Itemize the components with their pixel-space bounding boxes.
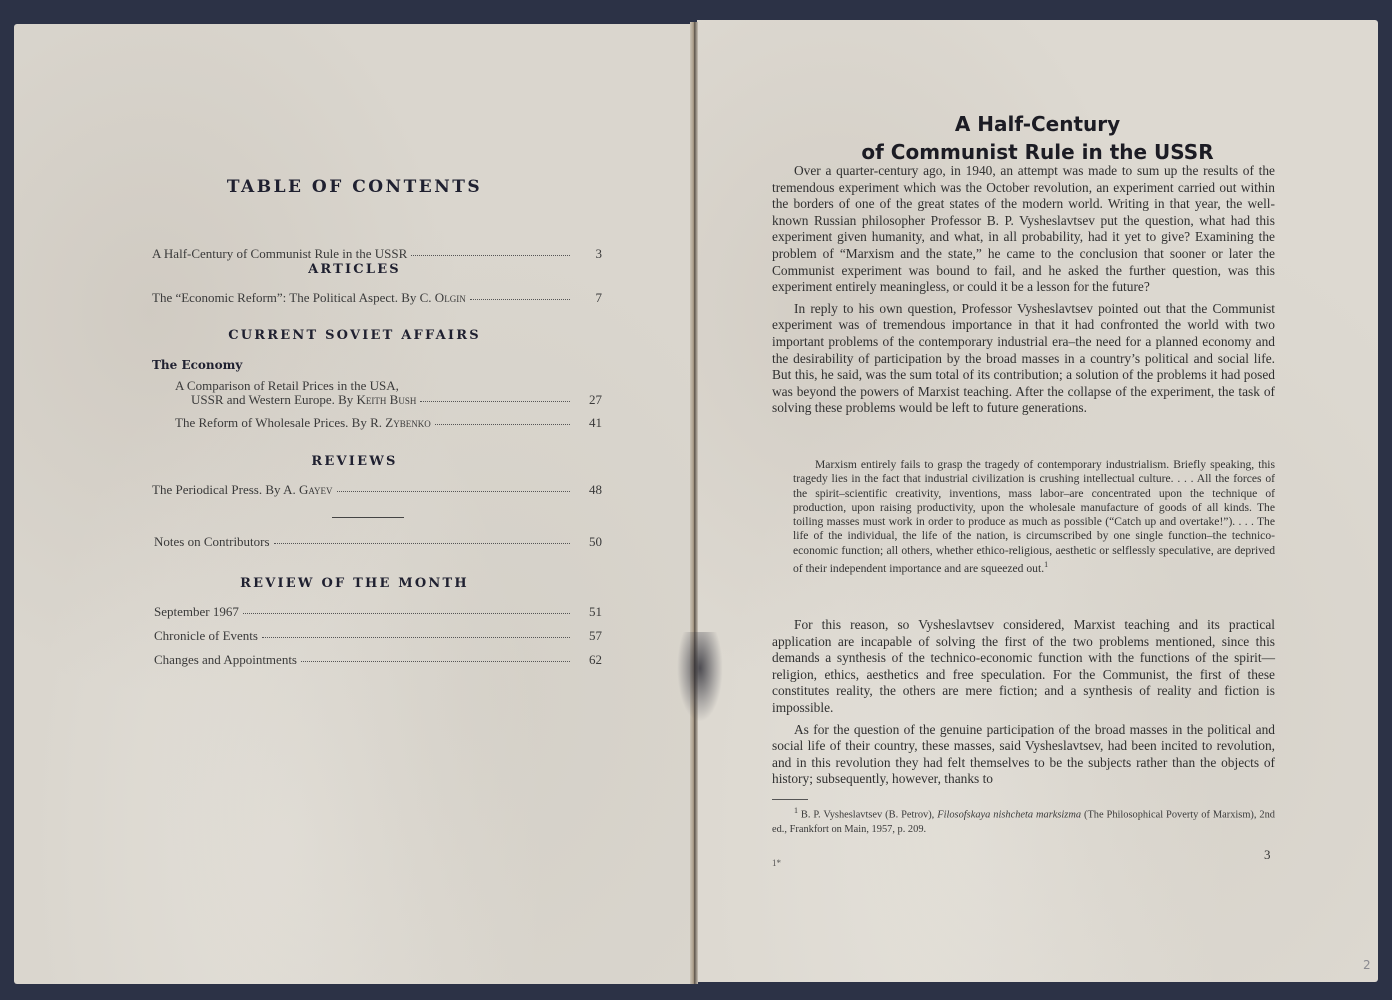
toc-entry[interactable]: The Periodical Press. By A. Gayev 48: [152, 482, 602, 498]
leader-dots: [420, 401, 570, 402]
toc-entry[interactable]: Changes and Appointments 62: [154, 652, 602, 668]
leader-dots: [435, 424, 570, 425]
page-number: 3: [1264, 847, 1271, 863]
toc-entry-page: 57: [574, 628, 602, 644]
toc-entry[interactable]: Chronicle of Events 57: [154, 628, 602, 644]
toc-entry-label: The “Economic Reform”: The Political Asp…: [152, 290, 466, 306]
toc-entry[interactable]: The Reform of Wholesale Prices. By R. Zy…: [175, 415, 602, 431]
footnote-ref[interactable]: 1: [1044, 560, 1048, 569]
pencil-annotation: 2: [1363, 958, 1371, 972]
article-body: Over a quarter-century ago, in 1940, an …: [772, 163, 1275, 422]
toc-entry-label: September 1967: [154, 604, 239, 620]
book-spine: [690, 22, 698, 984]
toc-entry-page: 3: [574, 246, 602, 262]
toc-entry-page: 51: [574, 604, 602, 620]
leader-dots: [411, 255, 570, 256]
paragraph: For this reason, so Vysheslavtsev consid…: [772, 617, 1275, 717]
footnote: 1 B. P. Vysheslavtsev (B. Petrov), Filos…: [772, 803, 1275, 837]
leader-dots: [243, 613, 570, 614]
left-page: TABLE OF CONTENTS A Half-Century of Comm…: [14, 24, 695, 984]
footnote-title-italic: Filosofskaya nishcheta marksizma: [937, 809, 1081, 820]
article-body-continued: For this reason, so Vysheslavtsev consid…: [772, 617, 1275, 793]
leader-dots: [470, 299, 570, 300]
section-heading-review-of-the-month: REVIEW OF THE MONTH: [14, 576, 695, 591]
toc-entry-label: The Reform of Wholesale Prices. By R. Zy…: [175, 415, 431, 431]
section-heading-current-soviet-affairs: CURRENT SOVIET AFFAIRS: [14, 328, 695, 343]
leader-dots: [301, 661, 570, 662]
paragraph: As for the question of the genuine parti…: [772, 722, 1275, 788]
toc-entry-page: 62: [574, 652, 602, 668]
section-heading-articles: ARTICLES: [14, 262, 695, 277]
paragraph: In reply to his own question, Professor …: [772, 301, 1275, 417]
article-title-line2: of Communist Rule in the USSR: [697, 138, 1378, 166]
block-quote: Marxism entirely fails to grasp the trag…: [793, 458, 1275, 576]
toc-title: TABLE OF CONTENTS: [14, 177, 695, 197]
toc-entry-page: 27: [574, 392, 602, 408]
ink-stain: [677, 632, 723, 722]
signature-mark: 1*: [772, 858, 781, 868]
toc-entry-label: USSR and Western Europe. By Keith Bush: [191, 392, 416, 408]
quote-text: Marxism entirely fails to grasp the trag…: [793, 458, 1275, 575]
toc-entry[interactable]: The “Economic Reform”: The Political Asp…: [152, 290, 602, 306]
toc-entry-label: A Half-Century of Communist Rule in the …: [152, 246, 407, 262]
toc-entry[interactable]: September 1967 51: [154, 604, 602, 620]
toc-entry-page: 50: [574, 534, 602, 550]
toc-entry-label: Notes on Contributors: [154, 534, 270, 550]
toc-entry-page: 7: [574, 290, 602, 306]
article-title-line1: A Half-Century: [697, 110, 1378, 138]
subsection-heading-economy: The Economy: [152, 358, 242, 372]
toc-entry[interactable]: A Half-Century of Communist Rule in the …: [152, 246, 602, 262]
toc-entry-label: Chronicle of Events: [154, 628, 258, 644]
article-title: A Half-Century of Communist Rule in the …: [697, 110, 1378, 166]
leader-dots: [274, 543, 570, 544]
section-heading-reviews: REVIEWS: [14, 454, 695, 469]
toc-entry[interactable]: USSR and Western Europe. By Keith Bush 2…: [191, 392, 602, 408]
toc-entry-page: 48: [574, 482, 602, 498]
footnote-divider: [772, 799, 808, 800]
paragraph: Over a quarter-century ago, in 1940, an …: [772, 163, 1275, 296]
right-page: A Half-Century of Communist Rule in the …: [697, 20, 1378, 982]
toc-entry-page: 41: [574, 415, 602, 431]
leader-dots: [337, 491, 570, 492]
toc-entry-label: The Periodical Press. By A. Gayev: [152, 482, 333, 498]
leader-dots: [262, 637, 570, 638]
toc-entry[interactable]: Notes on Contributors 50: [154, 534, 602, 550]
divider: [332, 517, 404, 518]
toc-entry-label: Changes and Appointments: [154, 652, 297, 668]
